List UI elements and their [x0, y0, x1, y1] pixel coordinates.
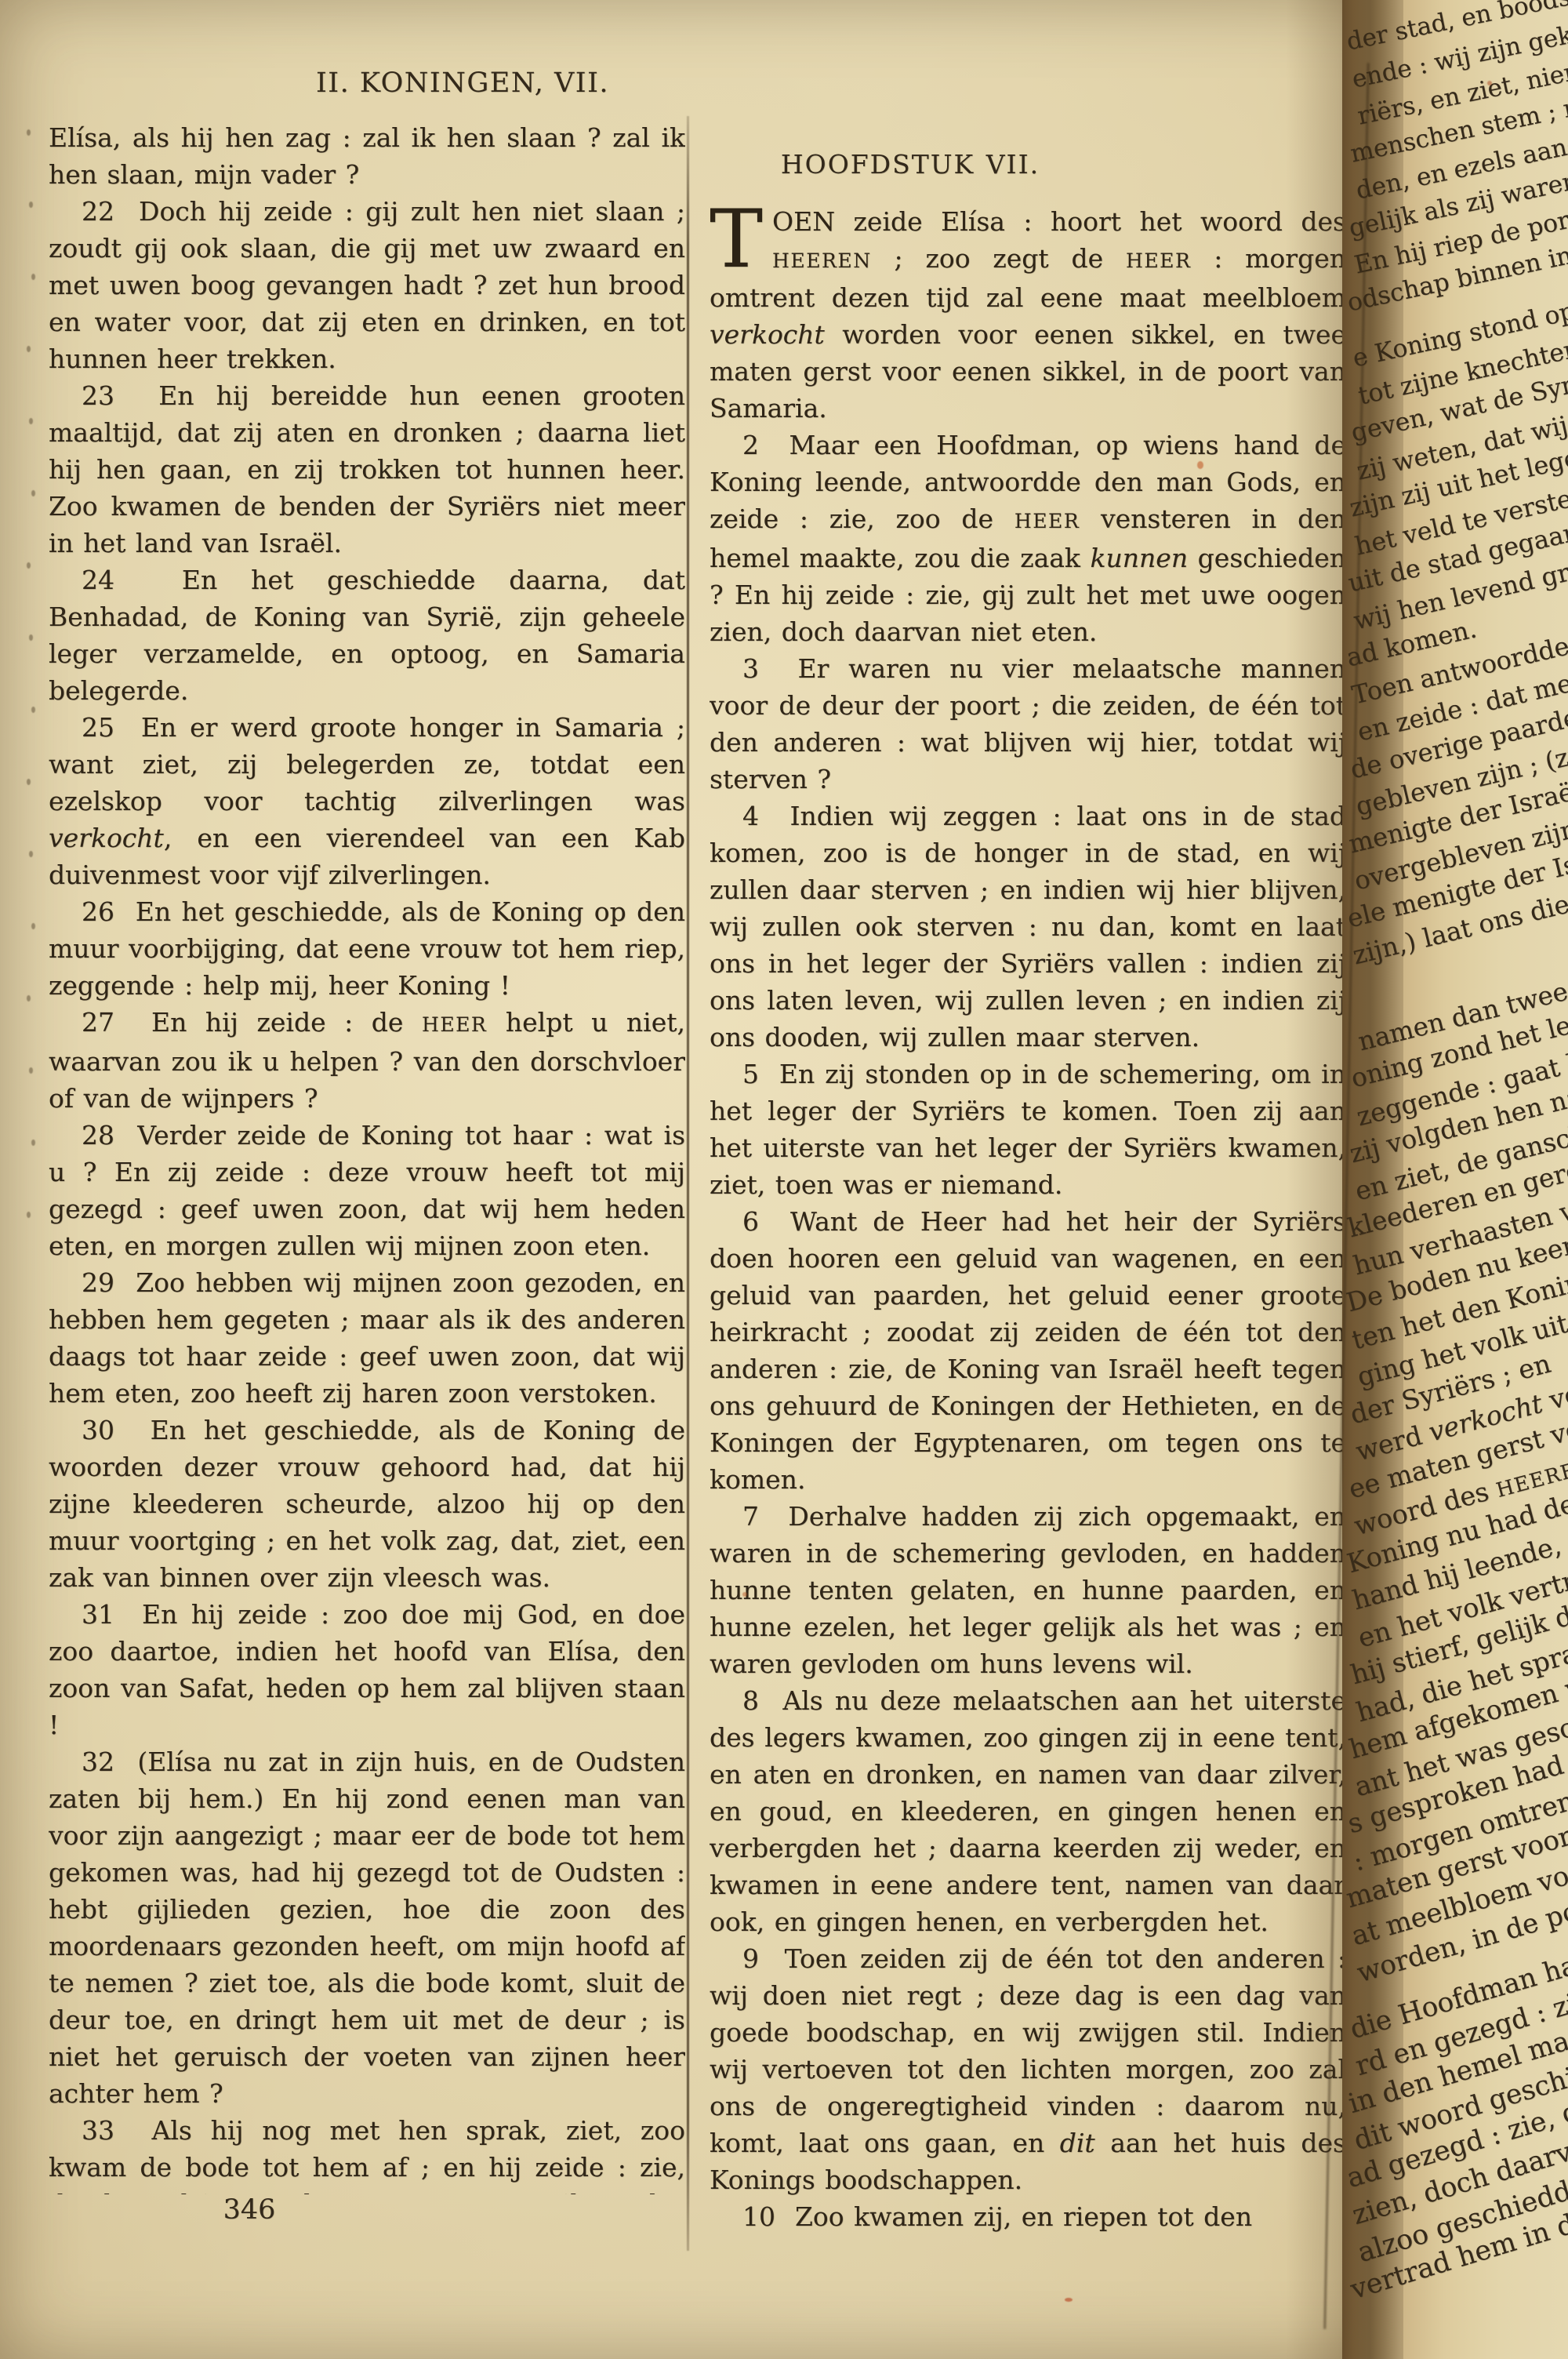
verse-paragraph: 6 Want de Heer had het heir der Syriërs …	[710, 1203, 1346, 1498]
verse-number: 4	[742, 801, 790, 831]
verse-paragraph: 25 En er werd groote honger in Samaria ;…	[49, 709, 685, 893]
verse-paragraph: 5 En zij stonden op in de schemering, om…	[710, 1056, 1346, 1203]
text-run: Als nu deze melaatschen aan het uiterste…	[710, 1685, 1346, 1937]
page-edge-speck	[27, 346, 31, 352]
verse-number: 30	[82, 1415, 151, 1445]
page-edge-speck	[29, 1067, 33, 1074]
verse-number: 6	[742, 1206, 790, 1237]
verse-number: 10	[742, 2201, 795, 2232]
verse-paragraph: 7 Derhalve hadden zij zich opgemaakt, en…	[710, 1498, 1346, 1682]
page-edge-speck	[31, 707, 35, 713]
drop-cap-initial: T	[710, 203, 772, 278]
page-edge-speck	[27, 779, 31, 785]
page-edge-speck	[31, 274, 35, 280]
italic-word: verkocht	[710, 319, 825, 350]
page-edge-speck	[27, 562, 31, 569]
verse-paragraph: 22 Doch hij zeide : gij zult hen niet sl…	[49, 193, 685, 377]
chapter-text: TOEN zeide Elísa : hoort het woord des H…	[710, 203, 1346, 2235]
verse-paragraph: 33 Als hij nog met hen sprak, ziet, zoo …	[49, 2112, 685, 2194]
text-run: En zij stonden op in de schemering, om i…	[710, 1059, 1346, 1200]
foxing-fleck	[742, 1592, 747, 1597]
verse-number: 3	[742, 653, 797, 684]
page-edge-speck	[29, 418, 33, 424]
page-number: 346	[179, 2194, 320, 2226]
verse-number: 29	[82, 1267, 136, 1298]
text-run: Zoo kwamen zij, en riepen tot den	[795, 2201, 1252, 2232]
verse-paragraph: 28 Verder zeide de Koning tot haar : wat…	[49, 1117, 685, 1264]
text-run: En er werd groote honger in Samaria ; wa…	[49, 712, 685, 816]
verse-paragraph: 24 En het geschiedde daarna, dat Benhada…	[49, 562, 685, 709]
text-run: Want de Heer had het heir der Syriërs do…	[710, 1206, 1346, 1495]
verse-paragraph: 9 Toen zeiden zij de één tot den anderen…	[710, 1940, 1346, 2198]
next-page-curled-edge: der stad, en boodscende : wij zijn gekom…	[1342, 0, 1568, 2359]
text-run: ; zoo zegt de	[872, 243, 1126, 274]
page-edge-speck	[31, 923, 35, 929]
text-run: En hij zeide : de	[151, 1007, 422, 1038]
verse-paragraph: 32 (Elísa nu zat in zijn huis, en de Oud…	[49, 1743, 685, 2112]
verse-number: 9	[742, 1943, 785, 1974]
verse-number: 5	[742, 1059, 779, 1089]
text-run: Toen zeiden zij de één tot den anderen :…	[710, 1943, 1346, 2158]
running-head: II. KONINGEN, VII.	[251, 67, 674, 99]
column-divider-rule	[687, 116, 689, 2251]
verse-paragraph: 23 En hij bereidde hun eenen grooten maa…	[49, 377, 685, 562]
verse-paragraph: TOEN zeide Elísa : hoort het woord des H…	[710, 203, 1346, 427]
verse-paragraph: 3 Er waren nu vier melaatsche mannen voo…	[710, 650, 1346, 798]
verse-number: 22	[82, 196, 139, 227]
text-run: Doch hij zeide : gij zult hen niet slaan…	[49, 196, 685, 374]
chapter-heading: HOOFDSTUK VII.	[710, 146, 1111, 183]
foxing-fleck	[1065, 2298, 1073, 2302]
text-run: (Elísa nu zat in zijn huis, en de Oudste…	[49, 1747, 685, 2109]
verse-paragraph: 2 Maar een Hoofdman, op wiens hand de Ko…	[710, 427, 1346, 650]
verse-paragraph: 10 Zoo kwamen zij, en riepen tot den	[710, 2198, 1346, 2235]
verse-paragraph: 26 En het geschiedde, als de Koning op d…	[49, 893, 685, 1004]
page-edge-speck	[27, 995, 31, 1001]
verse-paragraph: 31 En hij zeide : zoo doe mij God, en do…	[49, 1596, 685, 1743]
verse-paragraph: 30 En het geschiedde, als de Koning de w…	[49, 1412, 685, 1596]
small-caps-divine-name: HEER	[422, 1013, 487, 1036]
verse-paragraph: Elísa, als hij hen zag : zal ik hen slaa…	[49, 119, 685, 193]
italic-word: dit	[1060, 2128, 1095, 2158]
text-run: En hij zeide : zoo doe mij God, en doe z…	[49, 1599, 685, 1740]
italic-word: verkocht	[49, 823, 164, 853]
page-edge-speck	[31, 1140, 35, 1146]
page-edge-speck	[29, 202, 33, 208]
page-edge-speck	[29, 851, 33, 857]
verse-number: 27	[82, 1007, 151, 1038]
text-run: Zoo hebben wij mijnen zoon gezoden, en h…	[49, 1267, 685, 1408]
verse-number: 32	[82, 1747, 137, 1777]
left-column: Elísa, als hij hen zag : zal ik hen slaa…	[49, 119, 685, 2194]
verse-number: 2	[742, 430, 789, 460]
page-edge-speck	[27, 129, 31, 136]
text-run: Er waren nu vier melaatsche mannen voor …	[710, 653, 1346, 794]
text-run: Indien wij zeggen : laat ons in de stad …	[710, 801, 1346, 1052]
scanned-bible-page: II. KONINGEN, VII. Elísa, als hij hen za…	[0, 0, 1568, 2359]
text-run: En het geschiedde, als de Koning op den …	[49, 896, 685, 1001]
text-run: Derhalve hadden zij zich opgemaakt, en w…	[710, 1501, 1346, 1679]
text-run: Elísa, als hij hen zag : zal ik hen slaa…	[49, 122, 685, 190]
small-caps-divine-name: HEER	[1014, 510, 1080, 533]
center-column: HOOFDSTUK VII. TOEN zeide Elísa : hoort …	[710, 119, 1346, 2307]
verse-number: 8	[742, 1685, 782, 1716]
page-edge-speck	[27, 1212, 31, 1218]
text-run: OEN zeide Elísa : hoort het woord des	[772, 206, 1346, 237]
verse-paragraph: 4 Indien wij zeggen : laat ons in de sta…	[710, 798, 1346, 1056]
verse-paragraph: 8 Als nu deze melaatschen aan het uiters…	[710, 1682, 1346, 1940]
verse-number: 28	[82, 1120, 137, 1150]
verse-number: 7	[742, 1501, 788, 1532]
verse-number: 23	[82, 380, 158, 411]
verse-paragraph: 27 En hij zeide : de HEER helpt u niet, …	[49, 1004, 685, 1117]
foxing-fleck	[1197, 461, 1203, 469]
page-edge-speck	[29, 634, 33, 641]
verse-paragraph: 29 Zoo hebben wij mijnen zoon gezoden, e…	[49, 1264, 685, 1412]
verse-number: 25	[82, 712, 141, 743]
foxing-fleck	[1487, 81, 1492, 85]
text-run: Verder zeide de Koning tot haar : wat is…	[49, 1120, 685, 1261]
page-edge-speck	[31, 490, 35, 496]
small-caps-divine-name: HEER	[1126, 249, 1191, 272]
verse-number: 24	[82, 565, 182, 595]
small-caps-divine-name: HEEREN	[772, 249, 872, 272]
italic-word: kunnen	[1091, 543, 1189, 573]
verse-number: 31	[82, 1599, 142, 1630]
verse-number: 26	[82, 896, 136, 927]
verse-number: 33	[82, 2115, 152, 2146]
